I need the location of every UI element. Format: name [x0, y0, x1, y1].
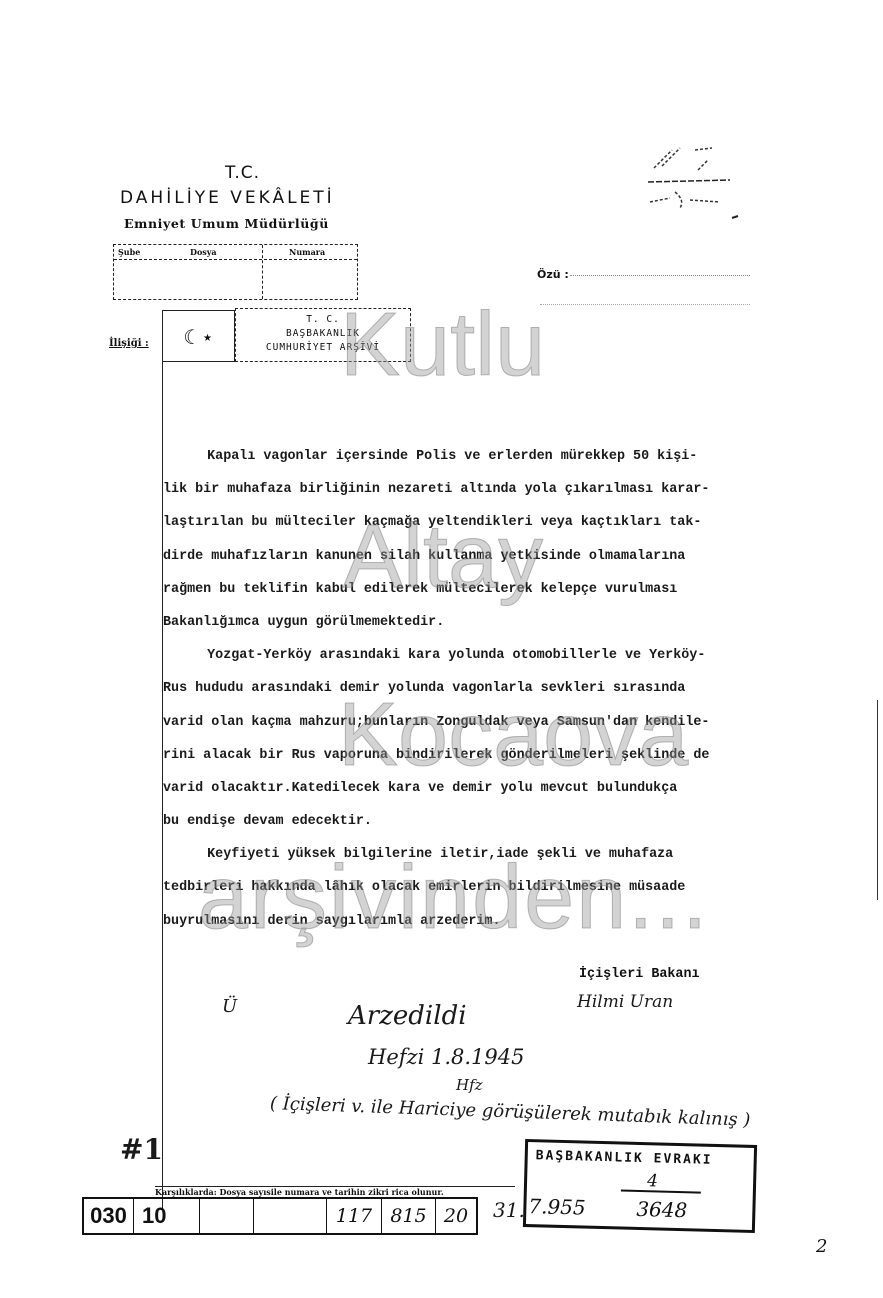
department-title: Emniyet Umum Müdürlüğü	[124, 216, 329, 231]
file-box-header: Şube Dosya Numara	[114, 245, 357, 260]
archive-stamp-fraction-line	[621, 1190, 701, 1194]
file-reference-box: Şube Dosya Numara	[113, 244, 358, 300]
ozu-dotted-line	[570, 275, 750, 276]
stamp-line: BAŞBAKANLIK	[236, 327, 410, 341]
initials-note: Hfz	[456, 1076, 483, 1094]
hash-mark: #1	[120, 1133, 163, 1166]
code-cell	[254, 1199, 327, 1233]
received-date-prefix: 31.	[493, 1198, 525, 1222]
archive-code-box: 030 10 117 815 20	[82, 1197, 478, 1235]
footer-instruction: Karşılıklarda: Dosya sayısile numara ve …	[155, 1186, 515, 1197]
arzedildi-note: Arzedildi	[348, 1001, 467, 1031]
numara-label: Numara	[289, 247, 325, 257]
code-cell: 10	[134, 1199, 200, 1233]
body-line: varid olacaktır.Katedilecek kara ve demi…	[163, 772, 865, 805]
body-line: rini alacak bir Rus vaporuna bindirilere…	[163, 739, 865, 772]
crescent-star-icon: ☾⋆	[183, 325, 213, 349]
page-number: 2	[816, 1236, 827, 1257]
letter-body: Kapalı vagonlar içersinde Polis ve erler…	[175, 440, 865, 938]
body-line: bu endişe devam edecektir.	[163, 805, 865, 838]
top-handwritten-mark	[640, 130, 740, 220]
body-line: Keyfiyeti yüksek bilgilerine iletir,iade…	[175, 838, 865, 871]
scan-edge-line	[877, 700, 878, 900]
ministry-title: DAHİLİYE VEKÂLETİ	[120, 188, 335, 208]
code-cell: 030	[84, 1199, 134, 1233]
code-cell	[200, 1199, 254, 1233]
handwritten-remark: ( İçişleri v. ile Hariciye görüşülerek m…	[270, 1093, 751, 1131]
ozu-dotted-line-2	[540, 304, 750, 305]
code-cell: 815	[382, 1199, 436, 1233]
body-line: varid olan kaçma mahzuru;bunların Zongul…	[163, 706, 865, 739]
body-line: Yozgat-Yerköy arasındaki kara yolunda ot…	[175, 639, 865, 672]
signature-title: İçişleri Bakanı	[579, 967, 700, 982]
body-line: rağmen bu teklifin kabul edilerek mültec…	[163, 573, 865, 606]
stamp-line: CUMHURİYET ARŞİVİ	[236, 341, 410, 355]
archive-stamp: BAŞBAKANLIK EVRAKI 4 7.955 3648	[523, 1139, 757, 1233]
archive-stamp-title: BAŞBAKANLIK EVRAKI	[536, 1148, 713, 1168]
signature-handwritten: Hilmi Uran	[577, 992, 673, 1012]
body-line: lik bir muhafaza birliğinin nezareti alt…	[163, 473, 865, 506]
body-line: dirde muhafızların kanunen silah kullanm…	[163, 540, 865, 573]
margin-handwritten-mark: Ü	[222, 996, 237, 1017]
ozu-label: Özü :	[537, 268, 569, 281]
body-line: laştırılan bu mülteciler kaçmağa yeltend…	[163, 506, 865, 539]
dosya-label: Dosya	[190, 247, 217, 257]
code-cell: 117	[327, 1199, 382, 1233]
body-line: buyrulmasını derin saygılarımla arzederi…	[163, 905, 865, 938]
header-tc: T.C.	[225, 163, 260, 183]
body-line: Rus hududu arasındaki demir yolunda vago…	[163, 672, 865, 705]
sube-label: Şube	[118, 247, 140, 257]
archive-stamp-fraction: 4	[647, 1171, 658, 1191]
stamp-line: T. C.	[236, 313, 410, 327]
ilisigi-label: İlişiği :	[109, 338, 149, 349]
code-cell: 20	[436, 1199, 476, 1233]
crescent-stamp: ☾⋆	[163, 310, 235, 362]
archive-stamp-number: 3648	[636, 1197, 688, 1222]
body-line: Bakanlığımca uygun görülmemektedir.	[163, 606, 865, 639]
file-box-divider	[262, 245, 263, 299]
body-line: tedbirleri hakkında lâhık olacak emirler…	[163, 871, 865, 904]
basbakanlik-stamp: T. C. BAŞBAKANLIK CUMHURİYET ARŞİVİ	[235, 308, 411, 362]
hefzi-date-note: Hefzi 1.8.1945	[368, 1045, 525, 1069]
archive-stamp-date: 7.955	[528, 1194, 586, 1219]
body-line: Kapalı vagonlar içersinde Polis ve erler…	[175, 440, 865, 473]
